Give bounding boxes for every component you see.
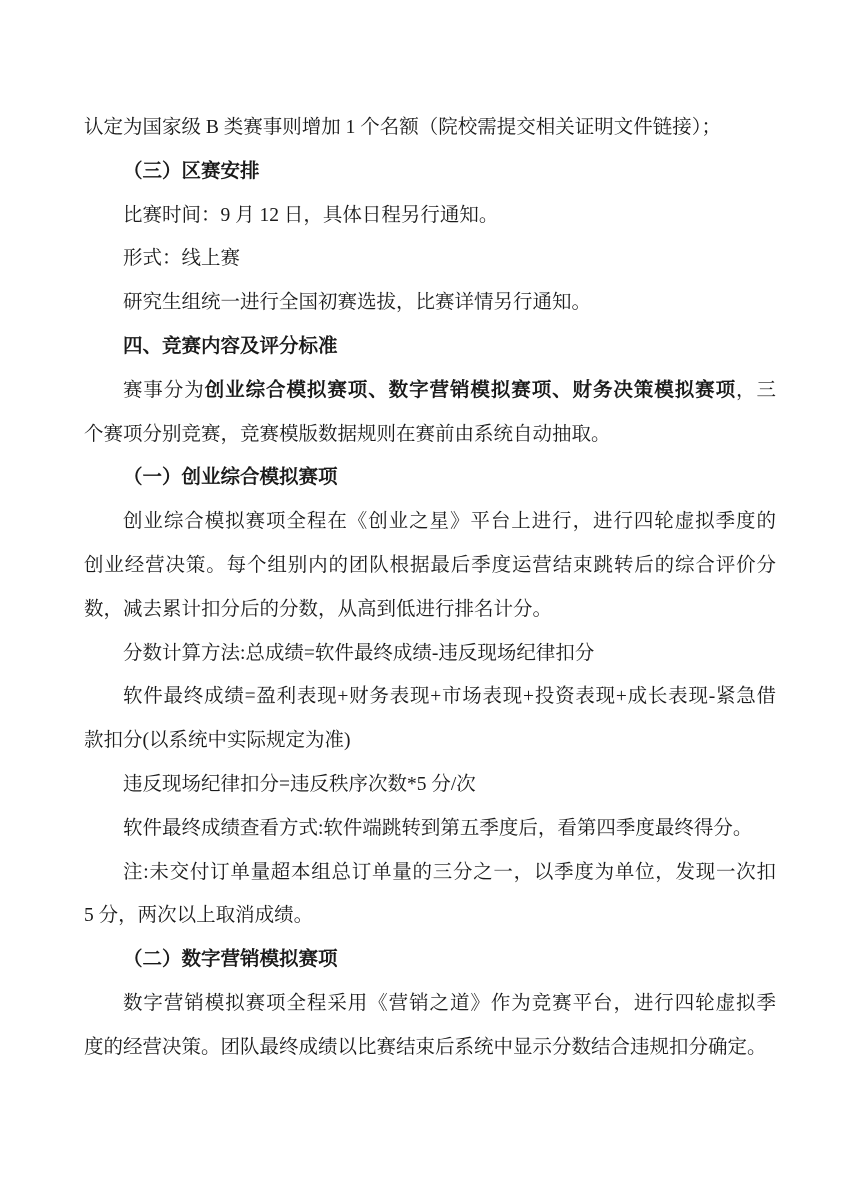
- text-run: 研究生组统一进行全国初赛选拔，比赛详情另行通知。: [123, 292, 591, 313]
- text-line: 形式：线上赛: [84, 237, 776, 281]
- text-line: 创业经营决策。每个组别内的团队根据最后季度运营结束跳转后的综合评价分: [84, 544, 776, 588]
- text-run: 赛事分为: [123, 380, 205, 401]
- text-run: 分数计算方法:总成绩=软件最终成绩-违反现场纪律扣分: [123, 643, 594, 664]
- bold-text-run: 四、竞赛内容及评分标准: [123, 336, 338, 357]
- bold-text-run: （二）数字营销模拟赛项: [123, 949, 338, 970]
- text-line: 度的经营决策。团队最终成绩以比赛结束后系统中显示分数结合违规扣分确定。: [84, 1026, 776, 1070]
- bold-text-run: （一）创业综合模拟赛项: [123, 467, 338, 488]
- bold-text-run: 创业综合模拟赛项、数字营销模拟赛项、财务决策模拟赛项: [205, 380, 736, 401]
- text-line: 5 分，两次以上取消成绩。: [84, 894, 776, 938]
- text-line: 分数计算方法:总成绩=软件最终成绩-违反现场纪律扣分: [84, 632, 776, 676]
- text-run: 数字营销模拟赛项全程采用《营销之道》作为竞赛平台，进行四轮虚拟季: [123, 993, 776, 1014]
- document-page: 认定为国家级 B 类赛事则增加 1 个名额（院校需提交相关证明文件链接）；（三）…: [0, 0, 848, 1200]
- text-line: 比赛时间：9 月 12 日，具体日程另行通知。: [84, 194, 776, 238]
- text-run: 个赛项分别竞赛，竞赛模版数据规则在赛前由系统自动抽取。: [84, 424, 611, 445]
- text-run: 度的经营决策。团队最终成绩以比赛结束后系统中显示分数结合违规扣分确定。: [84, 1037, 767, 1058]
- text-line: 个赛项分别竞赛，竞赛模版数据规则在赛前由系统自动抽取。: [84, 413, 776, 457]
- text-run: 软件最终成绩查看方式:软件端跳转到第五季度后，看第四季度最终得分。: [123, 818, 752, 839]
- heading-line: （一）创业综合模拟赛项: [84, 456, 776, 500]
- text-line: 注:未交付订单量超本组总订单量的三分之一，以季度为单位，发现一次扣: [84, 851, 776, 895]
- text-run: 违反现场纪律扣分=违反秩序次数*5 分/次: [123, 774, 476, 795]
- text-run: 比赛时间：9 月 12 日，具体日程另行通知。: [123, 205, 498, 226]
- text-run: 创业经营决策。每个组别内的团队根据最后季度运营结束跳转后的综合评价分: [84, 555, 776, 576]
- text-line: 数，减去累计扣分后的分数，从高到低进行排名计分。: [84, 588, 776, 632]
- text-line: 款扣分(以系统中实际规定为准): [84, 719, 776, 763]
- text-run: 创业综合模拟赛项全程在《创业之星》平台上进行，进行四轮虚拟季度的: [123, 511, 776, 532]
- text-run: 数，减去累计扣分后的分数，从高到低进行排名计分。: [84, 599, 552, 620]
- heading-line: （二）数字营销模拟赛项: [84, 938, 776, 982]
- text-run: 认定为国家级 B 类赛事则增加 1 个名额（院校需提交相关证明文件链接）；: [84, 117, 721, 138]
- heading-line: （三）区赛安排: [84, 150, 776, 194]
- text-line: 违反现场纪律扣分=违反秩序次数*5 分/次: [84, 763, 776, 807]
- text-line: 软件最终成绩查看方式:软件端跳转到第五季度后，看第四季度最终得分。: [84, 807, 776, 851]
- heading-line: 四、竞赛内容及评分标准: [84, 325, 776, 369]
- text-line: 软件最终成绩=盈利表现+财务表现+市场表现+投资表现+成长表现-紧急借: [84, 675, 776, 719]
- text-line: 数字营销模拟赛项全程采用《营销之道》作为竞赛平台，进行四轮虚拟季: [84, 982, 776, 1026]
- text-run: ，三: [736, 380, 776, 401]
- text-line: 赛事分为创业综合模拟赛项、数字营销模拟赛项、财务决策模拟赛项，三: [84, 369, 776, 413]
- document-content: 认定为国家级 B 类赛事则增加 1 个名额（院校需提交相关证明文件链接）；（三）…: [84, 106, 776, 1070]
- bold-text-run: （三）区赛安排: [123, 161, 260, 182]
- text-line: 认定为国家级 B 类赛事则增加 1 个名额（院校需提交相关证明文件链接）；: [84, 106, 776, 150]
- text-line: 研究生组统一进行全国初赛选拔，比赛详情另行通知。: [84, 281, 776, 325]
- text-run: 注:未交付订单量超本组总订单量的三分之一，以季度为单位，发现一次扣: [123, 862, 776, 883]
- text-run: 形式：线上赛: [123, 248, 240, 269]
- text-run: 5 分，两次以上取消成绩。: [84, 905, 313, 926]
- text-run: 款扣分(以系统中实际规定为准): [84, 730, 351, 751]
- text-line: 创业综合模拟赛项全程在《创业之星》平台上进行，进行四轮虚拟季度的: [84, 500, 776, 544]
- text-run: 软件最终成绩=盈利表现+财务表现+市场表现+投资表现+成长表现-紧急借: [123, 686, 776, 707]
